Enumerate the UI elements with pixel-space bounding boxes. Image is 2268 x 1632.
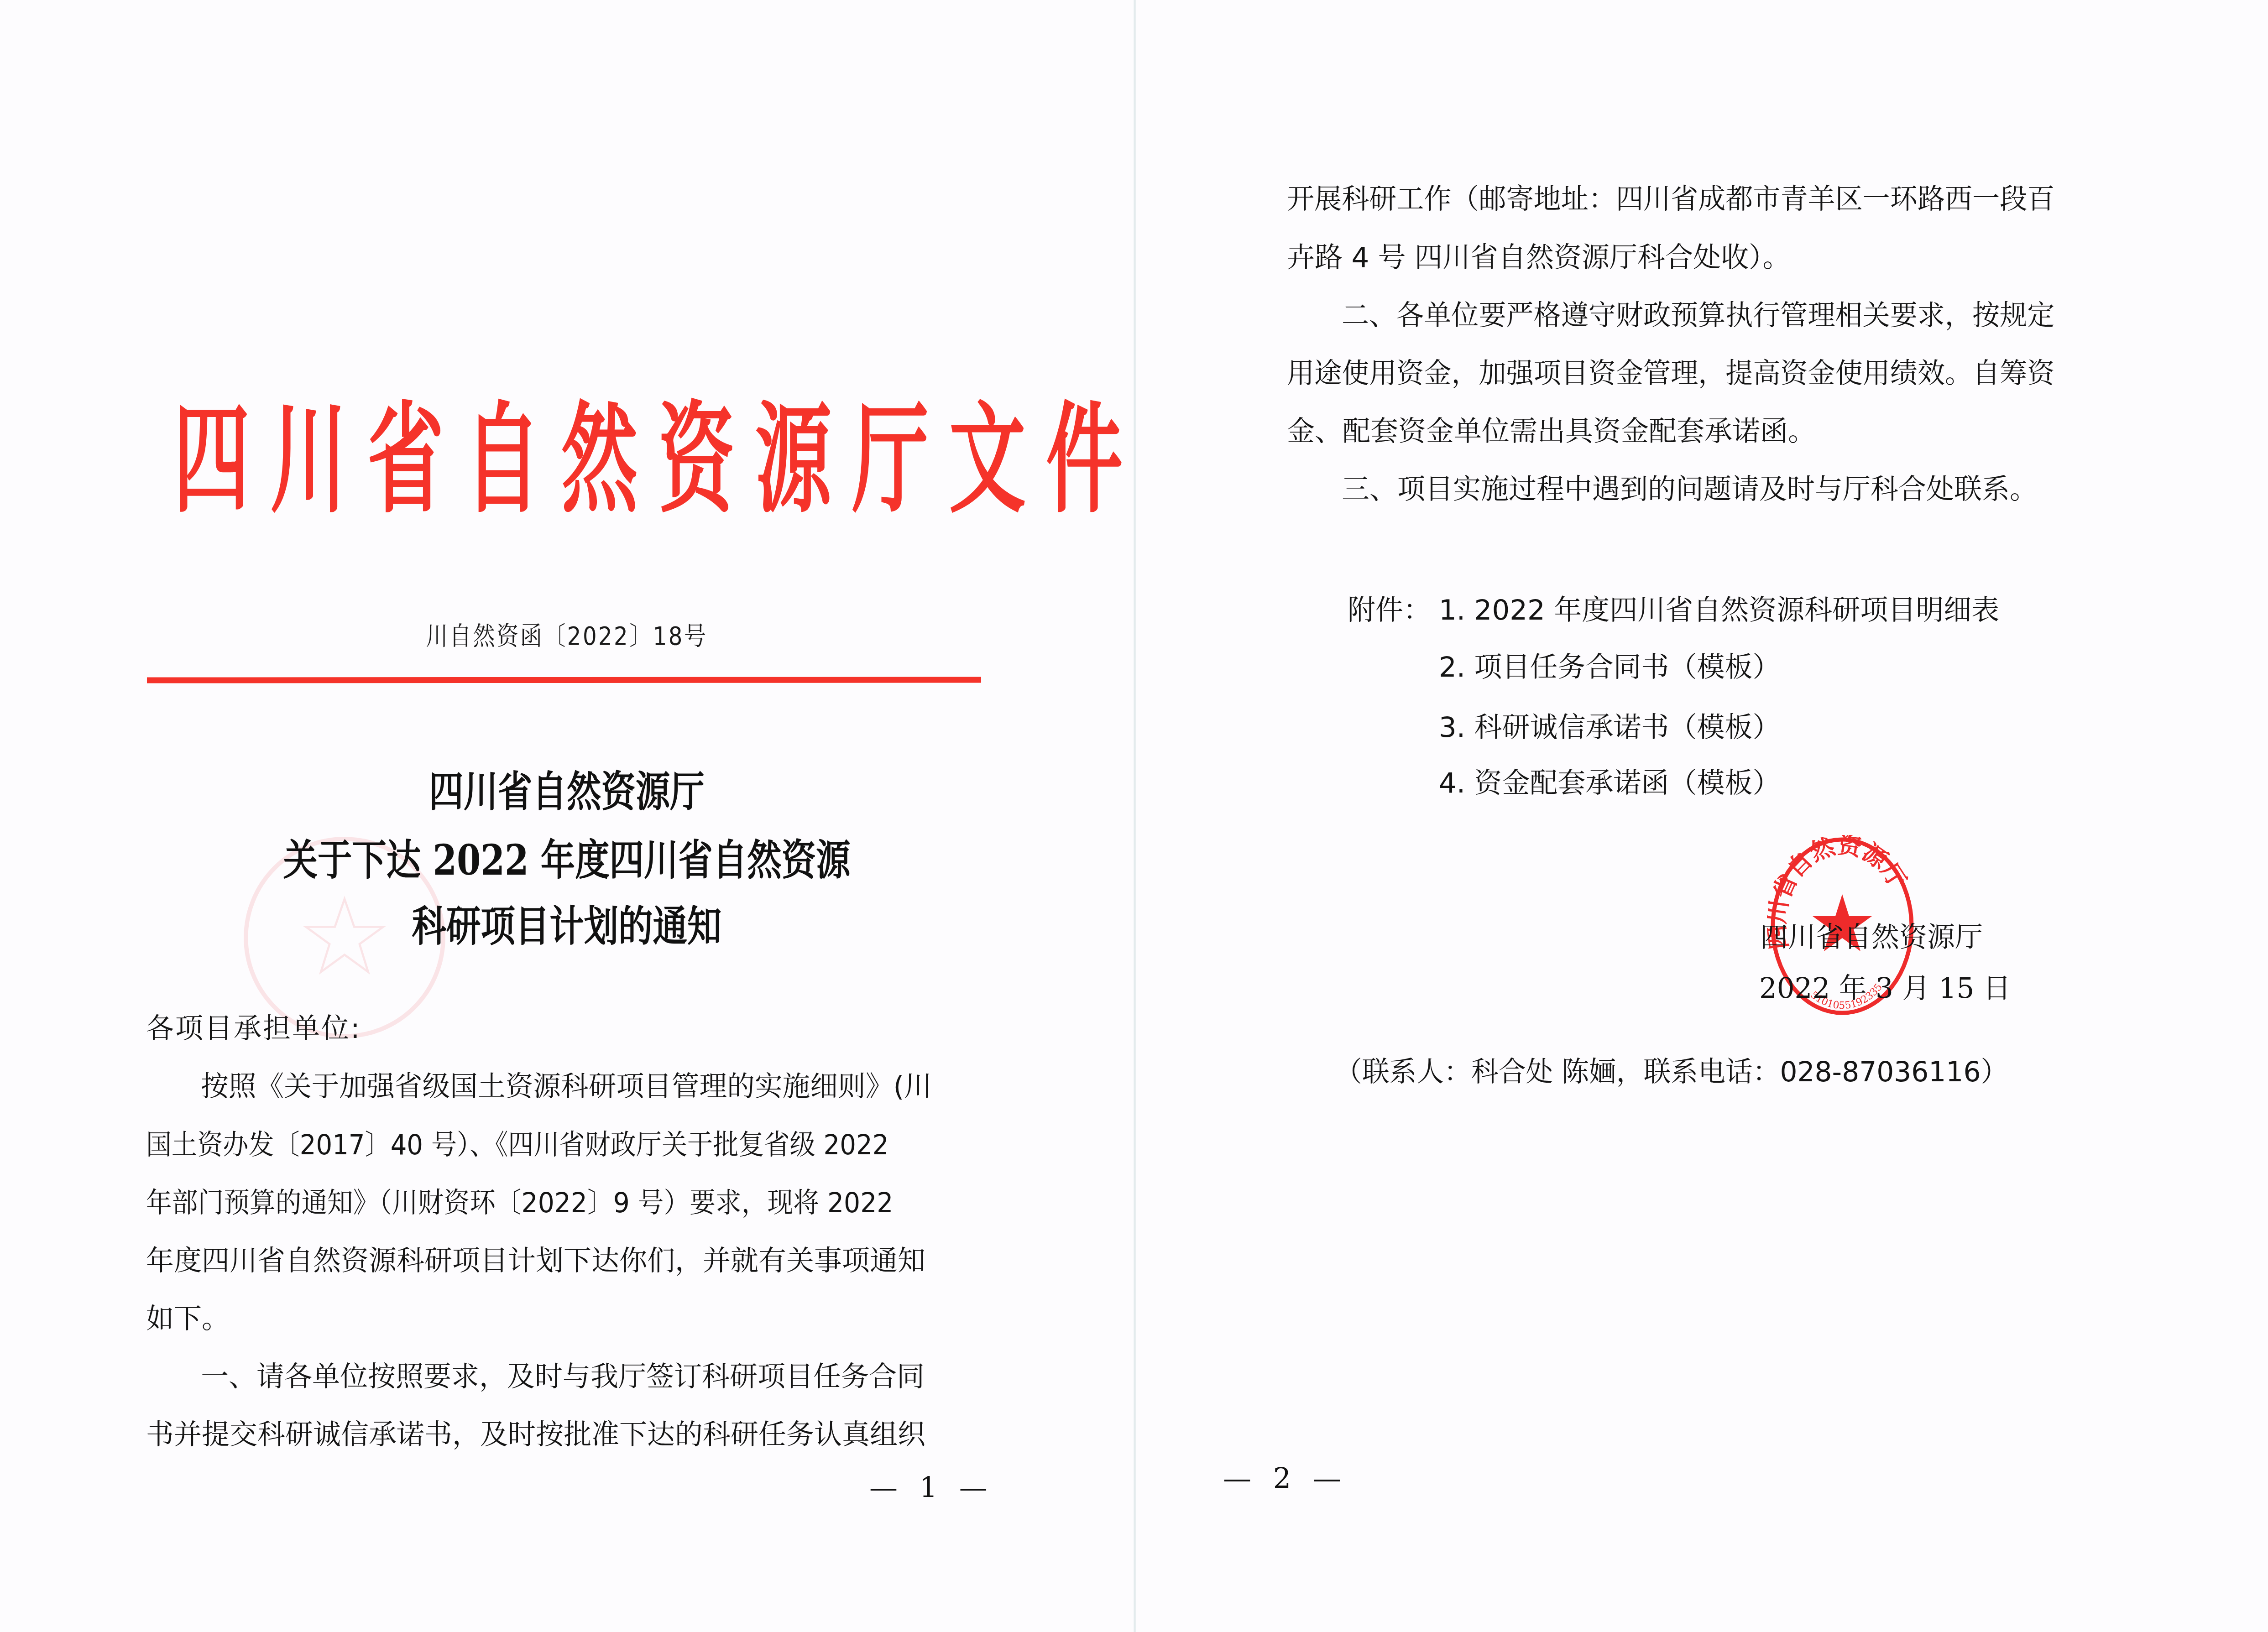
attachment-item-1-text: 1. 2022 年度四川省自然资源科研项目明细表 bbox=[1439, 592, 1999, 629]
body-line-6-text: 一、请各单位按照要求，及时与我厅签订科研项目任务合同 bbox=[201, 1359, 925, 1395]
p2-body-line-2-text: 卉路 4 号 四川省自然资源厅科合处收）。 bbox=[1287, 240, 1790, 276]
p2-body-line-4-text: 用途使用资金，加强项目资金管理，提高资金使用绩效。自筹资 bbox=[1287, 355, 2054, 392]
page-number-1: — 1 — bbox=[869, 1469, 994, 1506]
p2-body-line-3: 二、各单位要严格遵守财政预算执行管理相关要求，按规定 bbox=[1342, 297, 2122, 334]
body-line-5: 如下。 bbox=[146, 1301, 230, 1337]
signature-organization: 四川省自然资源厅 bbox=[1760, 919, 1983, 956]
contact-info: （联系人：科合处 陈婳，联系电话：028-87036116） bbox=[1335, 1054, 2022, 1090]
document-number: 川自然资函〔2022〕18号 bbox=[0, 618, 1134, 655]
page-number-2: — 2 — bbox=[1223, 1460, 1348, 1496]
attachment-item-2-text: 2. 项目任务合同书（模板） bbox=[1439, 649, 1781, 686]
page-1: 四川省自然资源厅文件 川自然资函〔2022〕18号 四川省自然资源厅 关于下达 … bbox=[0, 0, 1134, 1632]
attachment-item-3-text: 3. 科研诚信承诺书（模板） bbox=[1439, 709, 1781, 746]
p2-body-line-4: 用途使用资金，加强项目资金管理，提高资金使用绩效。自筹资 bbox=[1287, 355, 2122, 392]
p2-body-line-2: 卉路 4 号 四川省自然资源厅科合处收）。 bbox=[1287, 240, 1790, 276]
body-line-5-text: 如下。 bbox=[146, 1301, 230, 1337]
body-line-3-text: 年部门预算的通知》（川财资环〔2022〕9 号）要求，现将 2022 bbox=[146, 1185, 893, 1221]
body-line-2: 国土资办发〔2017〕40 号）、《四川省财政厅关于批复省级 2022 bbox=[146, 1127, 981, 1163]
p2-body-line-1: 开展科研工作（邮寄地址：四川省成都市青羊区一环路西一段百 bbox=[1287, 181, 2122, 218]
p2-body-line-5: 金、配套资金单位需出具资金配套承诺函。 bbox=[1287, 413, 1816, 450]
body-line-1: 按照《关于加强省级国土资源科研项目管理的实施细则》(川 bbox=[201, 1069, 981, 1105]
attachment-item-2[interactable]: 2. 项目任务合同书（模板） bbox=[1439, 649, 1781, 686]
attachment-item-4[interactable]: 4. 资金配套承诺函（模板） bbox=[1439, 765, 1781, 802]
title-line-1-text: 四川省自然资源厅 bbox=[429, 766, 705, 817]
title-line-1: 四川省自然资源厅 bbox=[0, 766, 1134, 817]
body-line-3: 年部门预算的通知》（川财资环〔2022〕9 号）要求，现将 2022 bbox=[146, 1185, 981, 1221]
salutation: 各项目承担单位: bbox=[146, 1011, 361, 1047]
body-line-4: 年度四川省自然资源科研项目计划下达你们，并就有关事项通知 bbox=[146, 1243, 981, 1279]
p2-body-line-6: 三、项目实施过程中遇到的问题请及时与厅科合处联系。 bbox=[1342, 471, 2038, 508]
title-line-3: 科研项目计划的通知 bbox=[0, 901, 1134, 951]
body-line-4-text: 年度四川省自然资源科研项目计划下达你们，并就有关事项通知 bbox=[146, 1243, 925, 1279]
body-line-7: 书并提交科研诚信承诺书，及时按批准下达的科研任务认真组织 bbox=[146, 1417, 981, 1453]
title-line-2-text: 关于下达 2022 年度四川省自然资源 bbox=[283, 835, 850, 885]
body-line-2-text: 国土资办发〔2017〕40 号）、《四川省财政厅关于批复省级 2022 bbox=[146, 1127, 888, 1163]
signature-date-text: 2022 年 3 月 15 日 bbox=[1759, 970, 2011, 1007]
p2-body-line-6-text: 三、项目实施过程中遇到的问题请及时与厅科合处联系。 bbox=[1342, 471, 2038, 508]
title-line-3-text: 科研项目计划的通知 bbox=[412, 901, 722, 951]
body-line-6: 一、请各单位按照要求，及时与我厅签订科研项目任务合同 bbox=[201, 1359, 981, 1395]
p2-body-line-5-text: 金、配套资金单位需出具资金配套承诺函。 bbox=[1287, 413, 1816, 450]
signature-date: 2022 年 3 月 15 日 bbox=[1759, 970, 2011, 1007]
contact-info-text: （联系人：科合处 陈婳，联系电话：028-87036116） bbox=[1335, 1054, 2008, 1090]
signature-organization-text: 四川省自然资源厅 bbox=[1760, 919, 1983, 956]
header-title: 四川省自然资源厅文件 bbox=[173, 391, 1143, 527]
salutation-text: 各项目承担单位: bbox=[146, 1011, 361, 1047]
p2-body-line-3-text: 二、各单位要严格遵守财政预算执行管理相关要求，按规定 bbox=[1342, 297, 2054, 334]
title-line-2: 关于下达 2022 年度四川省自然资源 bbox=[0, 835, 1134, 885]
attachment-item-3[interactable]: 3. 科研诚信承诺书（模板） bbox=[1439, 709, 1781, 746]
red-separator-line bbox=[147, 677, 981, 683]
attachment-item-4-text: 4. 资金配套承诺函（模板） bbox=[1439, 765, 1781, 802]
body-line-1-text: 按照《关于加强省级国土资源科研项目管理的实施细则》(川 bbox=[201, 1069, 932, 1105]
p2-body-line-1-text: 开展科研工作（邮寄地址：四川省成都市青羊区一环路西一段百 bbox=[1287, 181, 2054, 218]
document-number-text: 川自然资函〔2022〕18号 bbox=[426, 618, 707, 655]
body-line-7-text: 书并提交科研诚信承诺书，及时按批准下达的科研任务认真组织 bbox=[146, 1417, 925, 1453]
attachment-item-1[interactable]: 1. 2022 年度四川省自然资源科研项目明细表 bbox=[1439, 592, 1999, 629]
attachments-label: 附件： bbox=[1348, 592, 1431, 629]
